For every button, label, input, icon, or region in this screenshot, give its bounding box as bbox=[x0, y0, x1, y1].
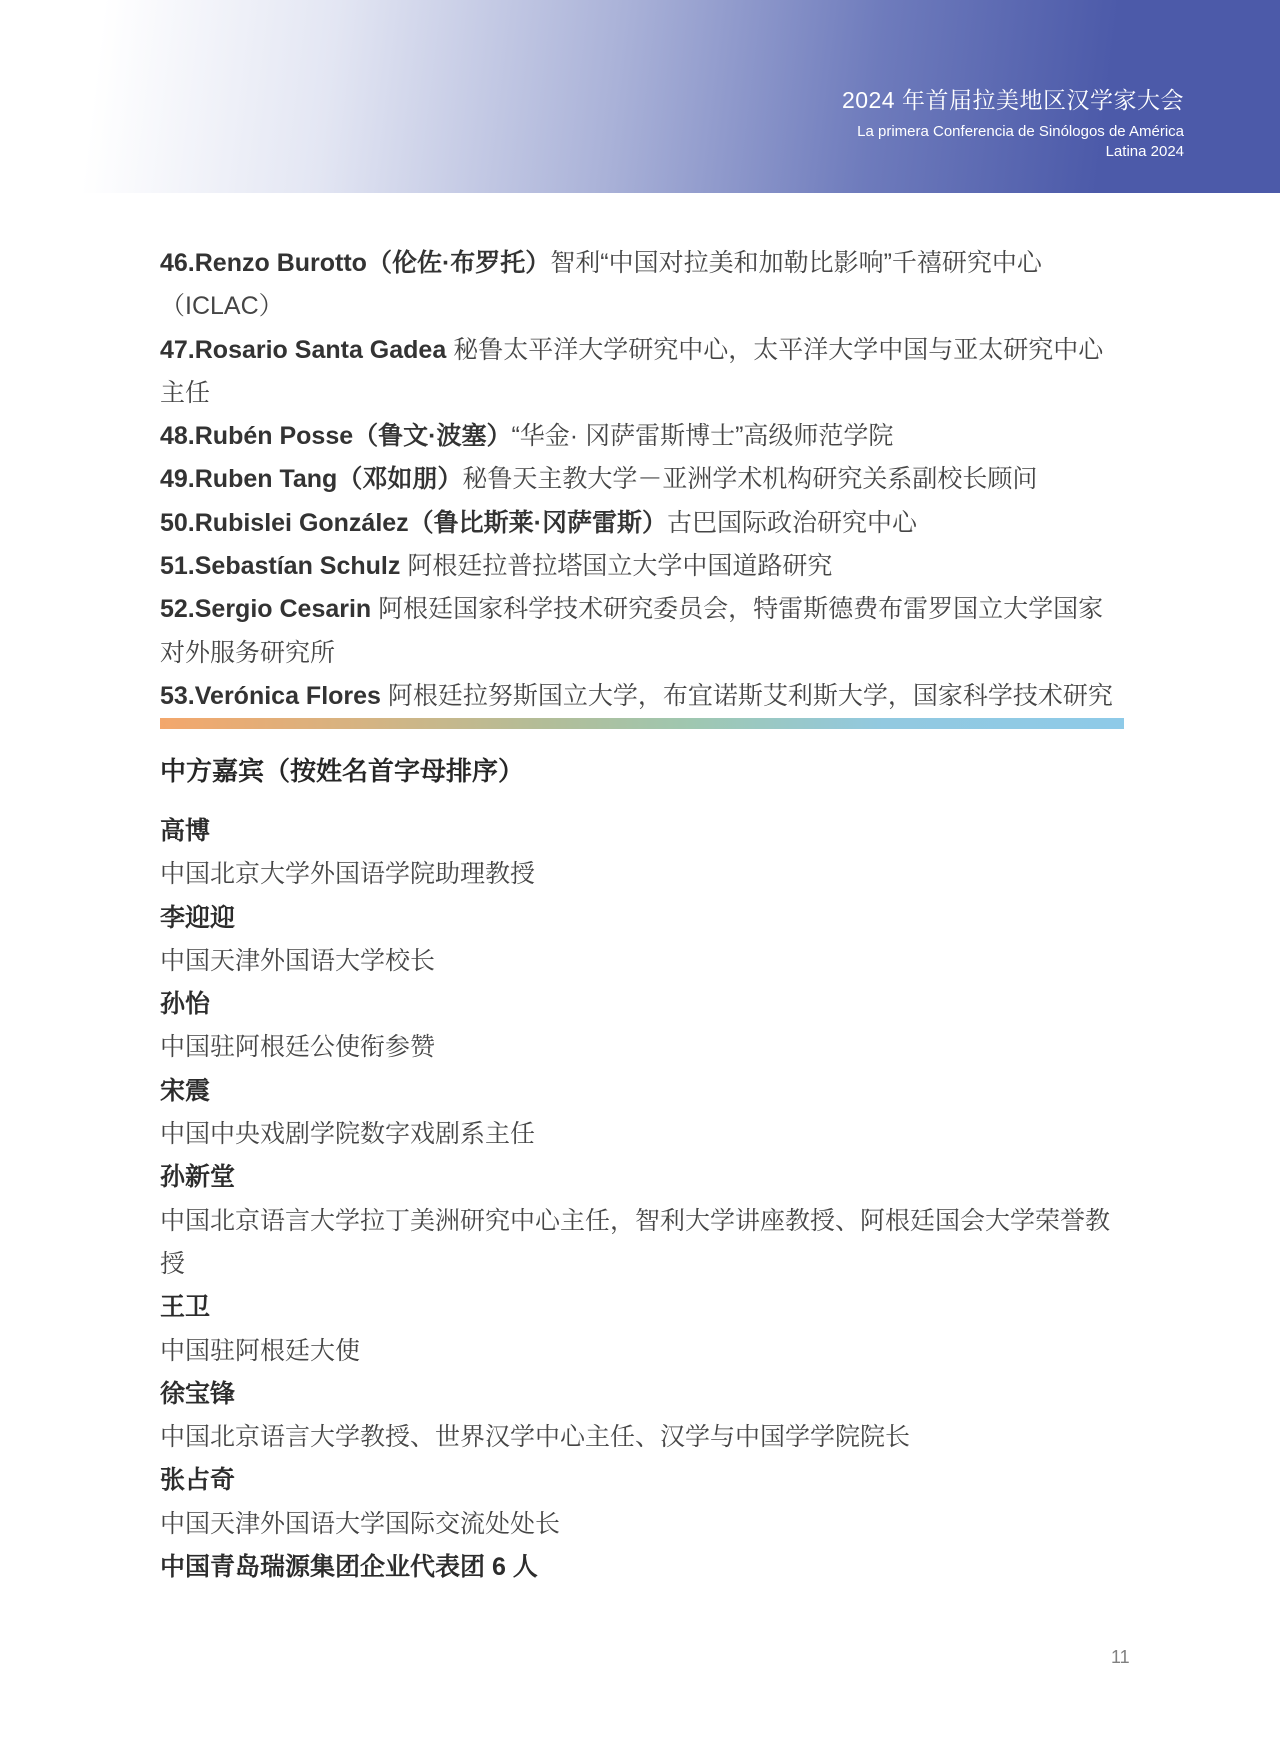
delegate-name: 46.Renzo Burotto（伦佐·布罗托） bbox=[160, 249, 550, 277]
guest-name: 李迎迎 bbox=[160, 897, 1126, 940]
delegate-item: 48.Rubén Posse（鲁文·波塞）“华金· 冈萨雷斯博士”高级师范学院 bbox=[160, 415, 1126, 458]
guest-name: 张占奇 bbox=[160, 1459, 1126, 1502]
delegate-item: 51.Sebastían Schulz 阿根廷拉普拉塔国立大学中国道路研究 bbox=[160, 545, 1126, 588]
guest-title: 中国北京语言大学教授、世界汉学中心主任、汉学与中国学学院院长 bbox=[160, 1416, 1126, 1459]
chinese-guests-list: 高博 中国北京大学外国语学院助理教授 李迎迎 中国天津外国语大学校长 孙怡 中国… bbox=[160, 810, 1126, 1589]
guest-title: 中国天津外国语大学国际交流处处长 bbox=[160, 1503, 1126, 1546]
chinese-guests-section-title: 中方嘉宾（按姓名首字母排序） bbox=[160, 752, 524, 790]
guest-name: 徐宝锋 bbox=[160, 1373, 1126, 1416]
delegate-name: 53.Verónica Flores bbox=[160, 682, 388, 710]
guest-name: 孙新堂 bbox=[160, 1156, 1126, 1199]
foreign-delegates-list: 46.Renzo Burotto（伦佐·布罗托）智利“中国对拉美和加勒比影响”千… bbox=[160, 242, 1126, 718]
delegate-affiliation: 秘鲁天主教大学－亚洲学术机构研究关系副校长顾问 bbox=[462, 465, 1037, 493]
guest-title: 中国驻阿根廷大使 bbox=[160, 1330, 1126, 1373]
delegate-item: 53.Verónica Flores 阿根廷拉努斯国立大学，布宜诺斯艾利斯大学，… bbox=[160, 675, 1126, 718]
guest-title: 中国驻阿根廷公使衔参赞 bbox=[160, 1026, 1126, 1069]
delegate-name: 51.Sebastían Schulz bbox=[160, 552, 407, 580]
document-page: 2024 年首届拉美地区汉学家大会 La primera Conferencia… bbox=[0, 0, 1280, 1737]
delegate-item: 49.Ruben Tang（邓如朋）秘鲁天主教大学－亚洲学术机构研究关系副校长顾… bbox=[160, 458, 1126, 501]
guest-name: 孙怡 bbox=[160, 983, 1126, 1026]
guest-name: 王卫 bbox=[160, 1286, 1126, 1329]
page-number: 11 bbox=[1111, 1646, 1130, 1668]
conference-subtitle-line1: La primera Conferencia de Sinólogos de A… bbox=[842, 122, 1184, 142]
header-text-block: 2024 年首届拉美地区汉学家大会 La primera Conferencia… bbox=[842, 86, 1184, 162]
delegate-item: 52.Sergio Cesarin 阿根廷国家科学技术研究委员会，特雷斯德费布雷… bbox=[160, 588, 1126, 675]
delegation-note: 中国青岛瑞源集团企业代表团 6 人 bbox=[160, 1546, 1126, 1589]
guest-title: 中国天津外国语大学校长 bbox=[160, 940, 1126, 983]
delegate-name: 50.Rubislei González（鲁比斯莱·冈萨雷斯） bbox=[160, 509, 667, 537]
delegate-name: 49.Ruben Tang（邓如朋） bbox=[160, 465, 462, 493]
guest-title: 中国北京语言大学拉丁美洲研究中心主任，智利大学讲座教授、阿根廷国会大学荣誉教授 bbox=[160, 1200, 1126, 1287]
gradient-divider-rule bbox=[160, 718, 1124, 729]
guest-name: 宋震 bbox=[160, 1070, 1126, 1113]
delegate-name: 52.Sergio Cesarin bbox=[160, 595, 378, 623]
delegate-affiliation: “华金· 冈萨雷斯博士”高级师范学院 bbox=[511, 422, 893, 450]
delegate-item: 46.Renzo Burotto（伦佐·布罗托）智利“中国对拉美和加勒比影响”千… bbox=[160, 242, 1126, 329]
conference-subtitle-line2: Latina 2024 bbox=[842, 142, 1184, 162]
delegate-affiliation: 阿根廷拉努斯国立大学，布宜诺斯艾利斯大学，国家科学技术研究 bbox=[388, 682, 1113, 710]
delegate-name: 47.Rosario Santa Gadea bbox=[160, 336, 453, 364]
guest-title: 中国中央戏剧学院数字戏剧系主任 bbox=[160, 1113, 1126, 1156]
conference-subtitle-es: La primera Conferencia de Sinólogos de A… bbox=[842, 122, 1184, 162]
guest-title: 中国北京大学外国语学院助理教授 bbox=[160, 853, 1126, 896]
delegate-item: 47.Rosario Santa Gadea 秘鲁太平洋大学研究中心，太平洋大学… bbox=[160, 329, 1126, 416]
delegate-item: 50.Rubislei González（鲁比斯莱·冈萨雷斯）古巴国际政治研究中… bbox=[160, 502, 1126, 545]
guest-name: 高博 bbox=[160, 810, 1126, 853]
delegate-affiliation: 古巴国际政治研究中心 bbox=[667, 509, 917, 537]
delegate-affiliation: 阿根廷拉普拉塔国立大学中国道路研究 bbox=[407, 552, 832, 580]
header-gradient-band: 2024 年首届拉美地区汉学家大会 La primera Conferencia… bbox=[0, 0, 1280, 193]
delegate-name: 48.Rubén Posse（鲁文·波塞） bbox=[160, 422, 511, 450]
conference-title-cn: 2024 年首届拉美地区汉学家大会 bbox=[842, 86, 1184, 114]
